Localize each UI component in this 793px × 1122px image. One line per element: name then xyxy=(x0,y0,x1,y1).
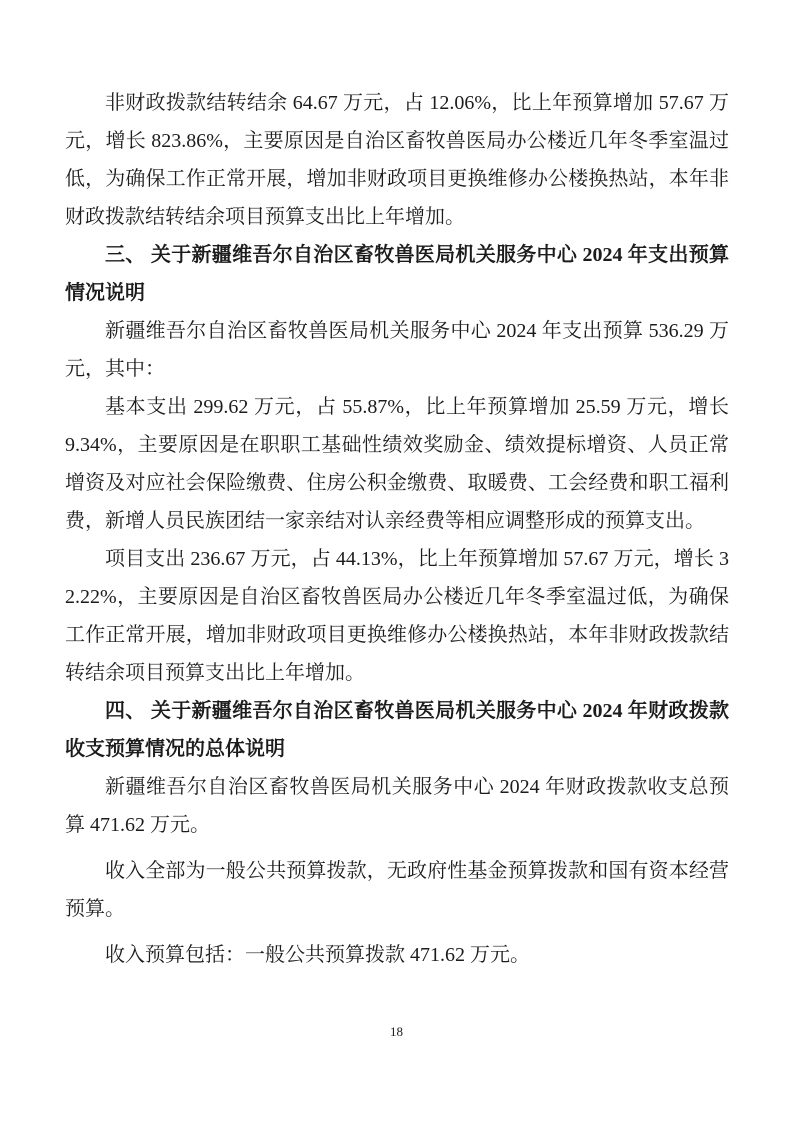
page-number: 18 xyxy=(0,1023,793,1041)
section-heading-3-expenditure-budget: 三、 关于新疆维吾尔自治区畜牧兽医局机关服务中心 2024 年支出预算情况说明 xyxy=(65,236,729,312)
paragraph-nonfiscal-carryover: 非财政拨款结转结余 64.67 万元，占 12.06%，比上年预算增加 57.6… xyxy=(65,84,729,236)
paragraph-basic-expenditure: 基本支出 299.62 万元，占 55.87%，比上年预算增加 25.59 万元… xyxy=(65,388,729,540)
document-page: 非财政拨款结转结余 64.67 万元，占 12.06%，比上年预算增加 57.6… xyxy=(0,0,793,1122)
paragraph-project-expenditure: 项目支出 236.67 万元，占 44.13%，比上年预算增加 57.67 万元… xyxy=(65,540,729,692)
section-heading-4-fiscal-appropriation: 四、 关于新疆维吾尔自治区畜牧兽医局机关服务中心 2024 年财政拨款收支预算情… xyxy=(65,692,729,768)
paragraph-revenue-budget-detail: 收入预算包括：一般公共预算拨款 471.62 万元。 xyxy=(65,936,729,974)
paragraph-fiscal-total-budget: 新疆维吾尔自治区畜牧兽医局机关服务中心 2024 年财政拨款收支总预算 471.… xyxy=(65,768,729,844)
page-content: 非财政拨款结转结余 64.67 万元，占 12.06%，比上年预算增加 57.6… xyxy=(65,84,729,974)
paragraph-expenditure-total: 新疆维吾尔自治区畜牧兽医局机关服务中心 2024 年支出预算 536.29 万元… xyxy=(65,312,729,388)
paragraph-revenue-source: 收入全部为一般公共预算拨款，无政府性基金预算拨款和国有资本经营预算。 xyxy=(65,852,729,928)
